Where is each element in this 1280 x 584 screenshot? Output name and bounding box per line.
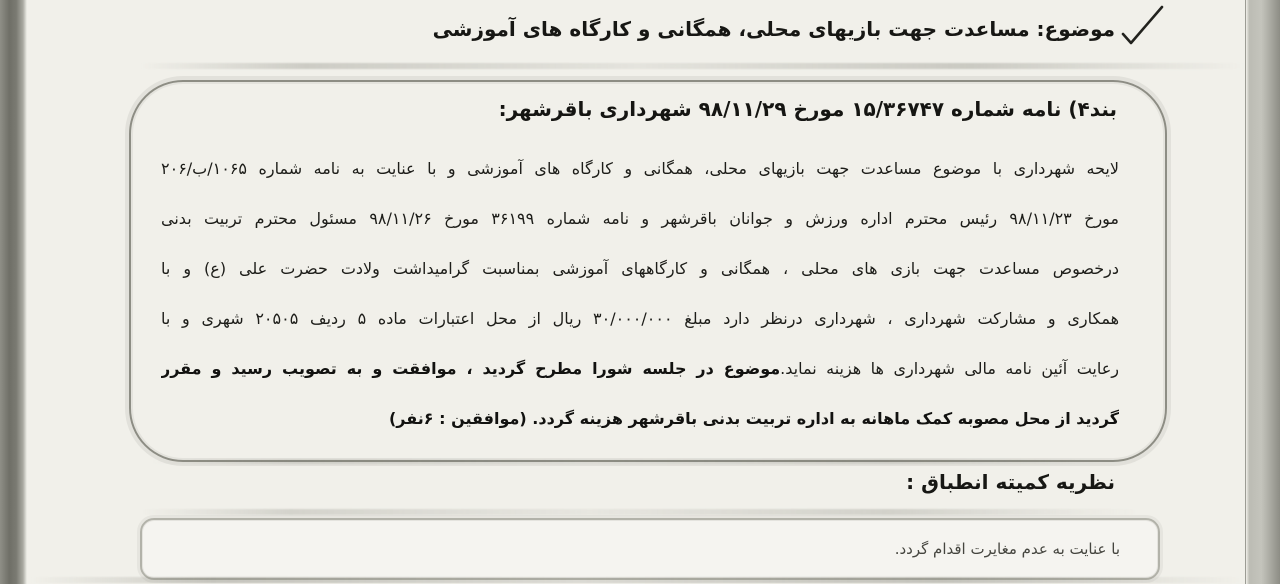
body-line-5-bold: موضوع در جلسه شورا مطرح گردید ، موافقت و… — [161, 359, 780, 378]
clause-box: بند۴) نامه شماره ۱۵/۳۶۷۴۷ مورخ ۹۸/۱۱/۲۹ … — [129, 80, 1167, 462]
scanned-document-page: { "colors": { "ink": "#1d1d19", "page": … — [0, 0, 1280, 584]
left-page-spine — [0, 0, 27, 584]
scan-streak — [140, 509, 1140, 515]
body-line-5: رعایت آئین نامه مالی شهرداری ها هزینه نم… — [161, 344, 1119, 394]
subject-line: موضوع: مساعدت جهت بازیهای محلی، همگانی و… — [433, 17, 1115, 41]
committee-opinion-label: نظریه کمیته انطباق : — [906, 470, 1115, 494]
body-line-2: مورخ ۹۸/۱۱/۲۳ رئیس محترم اداره ورزش و جو… — [161, 194, 1119, 244]
committee-opinion-box: با عنایت به عدم مغایرت اقدام گردد. — [140, 518, 1160, 580]
right-page-edge — [1245, 0, 1280, 584]
body-line-4: همکاری و مشارکت شهرداری ، شهرداری درنظر … — [161, 294, 1119, 344]
clause-body: لایحه شهرداری با موضوع مساعدت جهت بازیها… — [161, 144, 1119, 444]
body-line-6: گردید از محل مصوبه کمک ماهانه به اداره ت… — [161, 394, 1119, 444]
clause-header: بند۴) نامه شماره ۱۵/۳۶۷۴۷ مورخ ۹۸/۱۱/۲۹ … — [191, 97, 1117, 121]
body-line-1: لایحه شهرداری با موضوع مساعدت جهت بازیها… — [161, 144, 1119, 194]
checkmark-icon — [1120, 4, 1166, 48]
scan-streak — [140, 63, 1245, 69]
body-line-5-regular: رعایت آئین نامه مالی شهرداری ها هزینه نم… — [780, 359, 1119, 378]
committee-opinion-text: با عنایت به عدم مغایرت اقدام گردد. — [895, 540, 1120, 558]
body-line-3: درخصوص مساعدت جهت بازی های محلی ، همگانی… — [161, 244, 1119, 294]
